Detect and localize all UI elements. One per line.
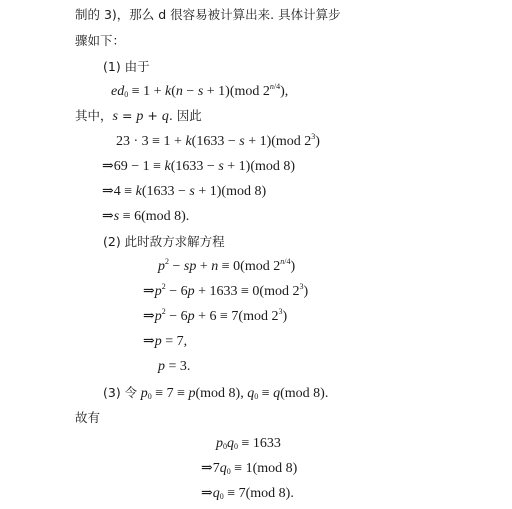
step-3-label: (3) 令 p0 ≡ 7 ≡ p(mod 8), q0 ≡ q(mod 8). (103, 385, 328, 402)
step-2-derivation-line: ⇒p2 − 6p + 1633 ≡ 0(mod 23) (143, 284, 308, 300)
step-2-derivation-line: p2 − sp + n ≡ 0(mod 2n/4) (158, 259, 295, 275)
step-1-derivation-line: ⇒s ≡ 6(mod 8). (102, 209, 189, 225)
paragraph-line-2: 骤如下： (75, 33, 125, 49)
step-3-derivation-line: p0q0 ≡ 1633 (216, 436, 281, 452)
step-1-equation: ed0 ≡ 1 + k(n − s + 1)(mod 2n/4), (111, 84, 288, 100)
step-1-derivation-line: ⇒69 − 1 ≡ k(1633 − s + 1)(mod 8) (102, 159, 295, 175)
step-2-label: (2) 此时敌方求解方程 (103, 234, 225, 250)
step-3-therefore-text: 故有 (75, 410, 100, 426)
step-1-derivation-line: ⇒4 ≡ k(1633 − s + 1)(mod 8) (102, 184, 266, 200)
paragraph-line-1: 制的 3)，那么 d 很容易被计算出来. 具体计算步 (75, 7, 341, 23)
step-3-derivation-line: ⇒q0 ≡ 7(mod 8). (201, 486, 294, 502)
step-1-where-text: 其中，s = p + q. 因此 (75, 108, 202, 125)
step-1-derivation-line: 23 · 3 ≡ 1 + k(1633 − s + 1)(mod 23) (116, 134, 320, 150)
step-2-derivation-line: p = 3. (158, 359, 190, 375)
step-2-derivation-line: ⇒p2 − 6p + 6 ≡ 7(mod 23) (143, 309, 287, 325)
step-3-derivation-line: ⇒7q0 ≡ 1(mod 8) (201, 461, 297, 477)
step-1-label: (1) 由于 (103, 59, 150, 75)
step-2-derivation-line: ⇒p = 7, (143, 334, 187, 350)
